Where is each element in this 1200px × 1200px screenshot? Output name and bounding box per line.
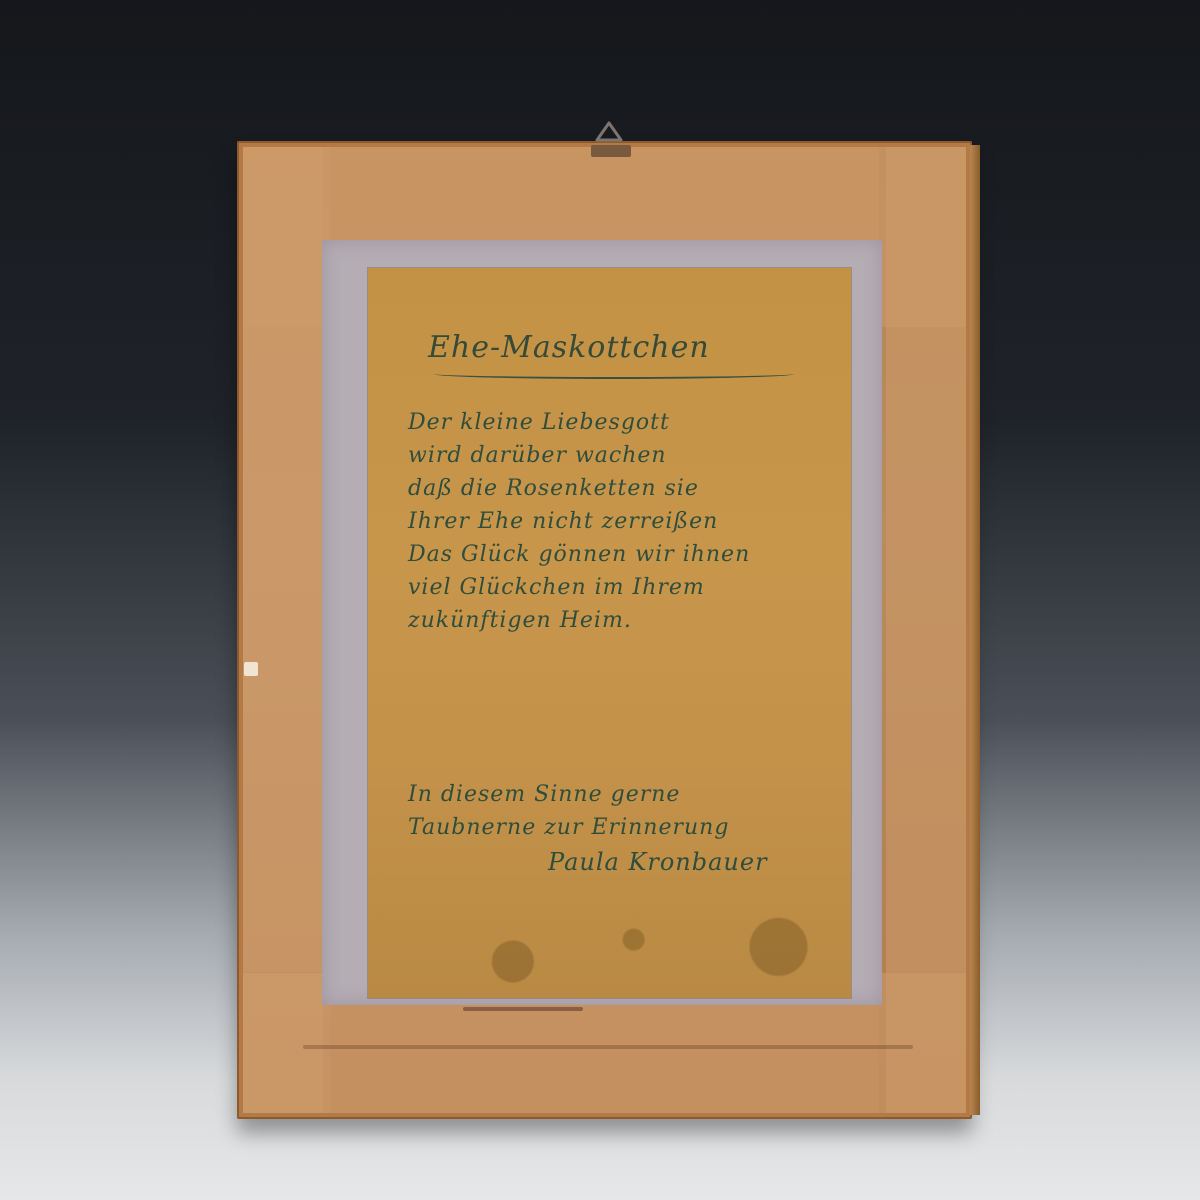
note-line: zukünftigen Heim.	[408, 604, 750, 637]
note-closing: In diesem Sinne gerne Taubnerne zur Erin…	[408, 778, 729, 844]
title-underline	[434, 369, 794, 379]
closing-line: In diesem Sinne gerne	[408, 778, 729, 811]
hook-plate	[591, 145, 631, 157]
note-line: Ihrer Ehe nicht zerreißen	[408, 505, 750, 538]
note-line: Das Glück gönnen wir ihnen	[408, 538, 750, 571]
paper-tape-right	[886, 147, 966, 1113]
handwritten-note-card: Ehe-Maskottchen Der kleine Liebesgott wi…	[368, 268, 851, 998]
note-line: wird darüber wachen	[408, 439, 750, 472]
note-signature: Paula Kronbauer	[548, 848, 768, 876]
hanging-hook-icon	[594, 120, 624, 142]
water-stain	[303, 1045, 913, 1049]
paper-tape-left	[243, 147, 323, 1113]
note-line: daß die Rosenketten sie	[408, 472, 750, 505]
note-line: viel Glückchen im Ihrem	[408, 571, 750, 604]
note-line: Der kleine Liebesgott	[408, 406, 750, 439]
note-title: Ehe-Maskottchen	[428, 330, 710, 365]
note-body: Der kleine Liebesgott wird darüber wache…	[408, 406, 750, 637]
paper-fleck	[244, 662, 258, 676]
water-stain	[463, 1007, 583, 1011]
closing-line: Taubnerne zur Erinnerung	[408, 811, 729, 844]
frame-edge	[970, 145, 980, 1115]
